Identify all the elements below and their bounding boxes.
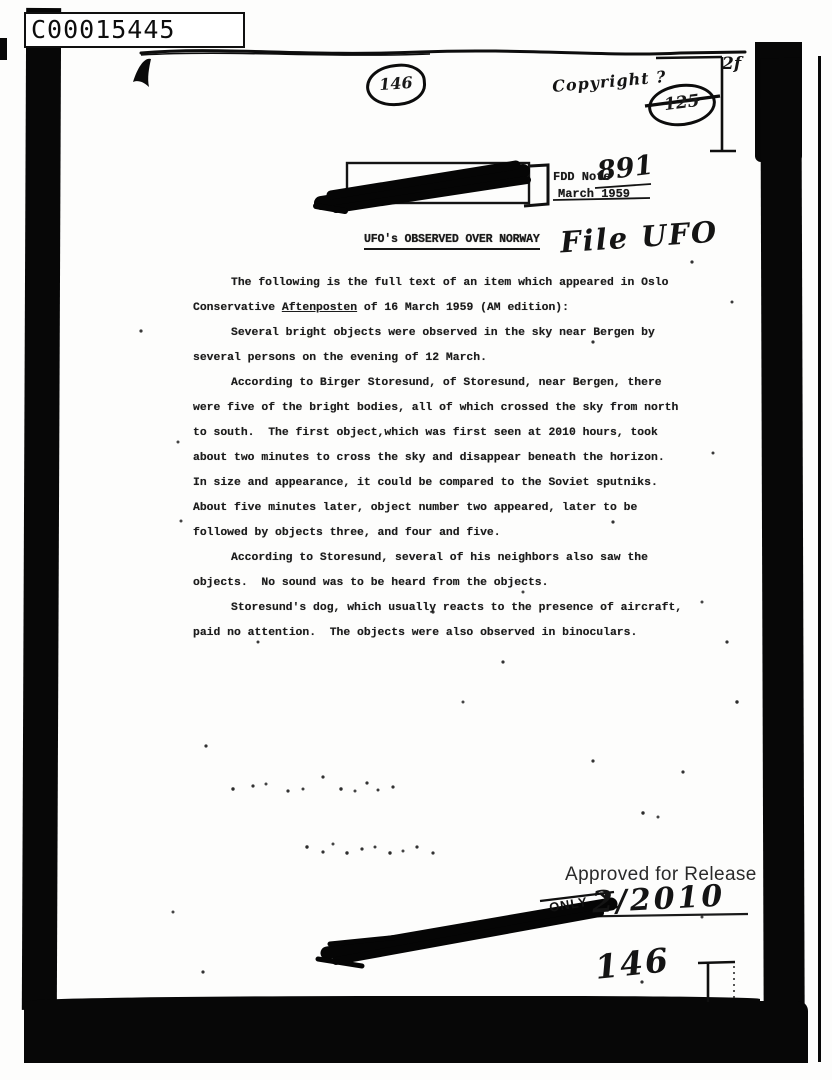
body-line: Several bright objects were observed in … [193,321,703,346]
body-line: About five minutes later, object number … [193,496,703,521]
handwritten-file-note: File UFO [559,215,719,260]
body-line-segment: of 16 March 1959 (AM edition): [357,302,569,314]
header-date: March 1959 [558,187,630,201]
torn-edge-line-2 [141,53,430,55]
pen-checkmark [133,59,151,87]
body-line: paid no attention. The objects were also… [193,621,703,646]
bottom-stamp-remnant: ONLY [548,894,589,915]
circled-number-top: 146 [365,62,428,108]
body-line: to south. The first object,which was fir… [193,421,703,446]
torn-edge-line [141,51,745,54]
redaction-scribble-top [316,163,548,211]
body-line: about two minutes to cross the sky and d… [193,446,703,471]
crossed-out-number-text: 125 [663,91,701,115]
body-line: were five of the bright bodies, all of w… [193,396,703,421]
body-line: followed by objects three, and four and … [193,521,703,546]
body-line: According to Storesund, several of his n… [193,546,703,571]
scan-edge-notch [0,38,7,60]
scan-speckles [0,0,2,2]
scanned-document-page: C00015445 [0,0,832,1080]
document-title: UFO's OBSERVED OVER NORWAY [364,233,540,250]
scan-border-right [760,58,804,1008]
document-body: The following is the full text of an ite… [193,271,703,646]
scan-line-right [818,56,821,1062]
document-id: C00015445 [31,15,175,44]
fdd-note-label: FDD Note [553,170,611,184]
scan-border-left [22,8,61,1010]
newspaper-name: Aftenposten [282,302,357,314]
handwritten-margin-code: 2f [722,54,741,74]
body-line: Storesund's dog, which usually reacts to… [193,596,703,621]
handwritten-page-number: 146 [593,940,672,987]
body-line-segment: Conservative [193,302,282,314]
body-line: objects. No sound was to be heard from t… [193,571,703,596]
crossed-out-number: 125 [646,80,719,130]
document-id-box: C00015445 [24,12,245,48]
body-line: Conservative Aftenposten of 16 March 195… [193,296,703,321]
scan-border-bottom [24,1001,808,1063]
handwritten-release-date: 2/2010 [591,879,726,921]
circled-number-top-text: 146 [379,73,414,94]
body-line: In size and appearance, it could be comp… [193,471,703,496]
handwritten-copyright-note: Copyright ? [551,67,667,96]
body-line: According to Birger Storesund, of Stores… [193,371,703,396]
body-line: The following is the full text of an ite… [193,271,703,296]
body-line: several persons on the evening of 12 Mar… [193,346,703,371]
